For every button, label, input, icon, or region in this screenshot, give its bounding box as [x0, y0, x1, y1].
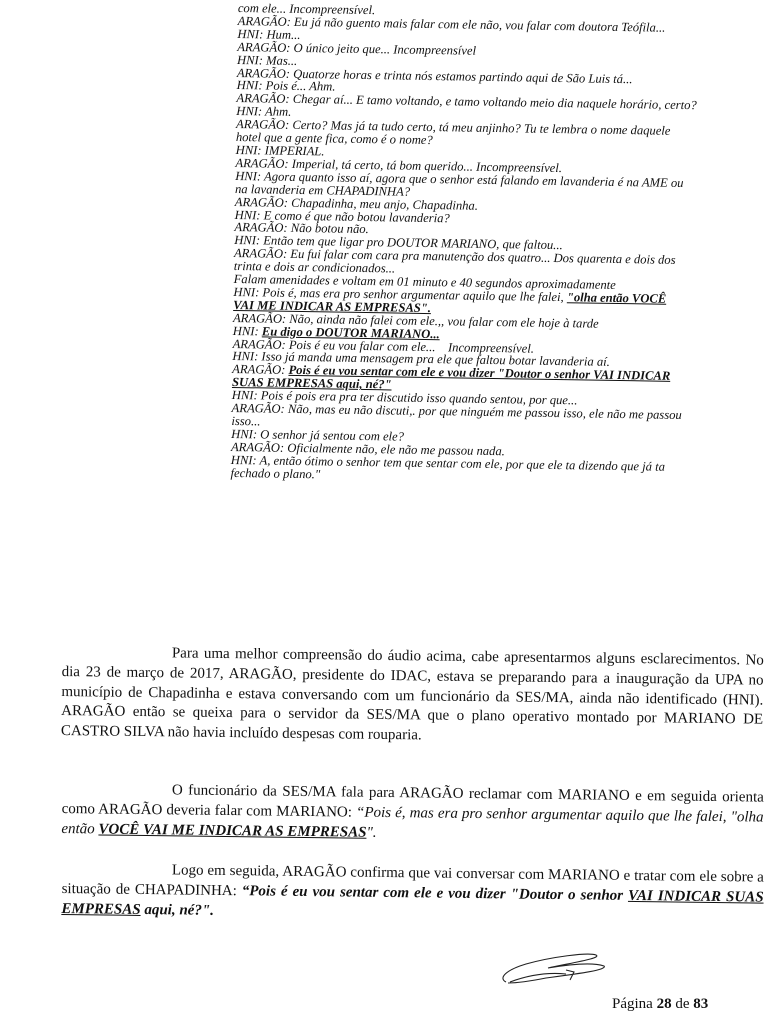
paragraph-confirmation: Logo em seguida, ARAGÃO confirma que vai… [61, 860, 764, 928]
paragraph-quote-end: ". [366, 824, 376, 840]
page-label: Página [612, 996, 657, 1012]
current-page: 28 [657, 996, 672, 1012]
total-pages: 83 [693, 996, 708, 1012]
line-text: HNI: [233, 324, 262, 338]
paragraph-quote: “Pois é eu vou sentar com ele e vou dize… [242, 883, 628, 904]
page-number: Página 28 de 83 [612, 996, 708, 1013]
paragraph-context: Para uma melhor compreensão do áudio aci… [61, 643, 764, 751]
signature-icon [496, 948, 616, 988]
highlighted-quote: "olha então VOCÊ [567, 290, 667, 306]
paragraph-text: Logo em seguida, ARAGÃO confirma que vai… [61, 860, 764, 928]
paragraph-text: Para uma melhor compreensão do áudio aci… [61, 643, 764, 751]
paragraph-text: O funcionário da SES/MA fala para ARAGÃO… [61, 780, 764, 848]
paragraph-quote-end: aqui, né?". [141, 902, 215, 919]
paragraph-orientation: O funcionário da SES/MA fala para ARAGÃO… [61, 780, 764, 848]
transcript-block: com ele... Incompreensível. ARAGÃO: Eu j… [230, 2, 767, 488]
highlighted-quote: VOCÊ VAI ME INDICAR AS EMPRESAS [98, 821, 366, 840]
page-of-label: de [672, 996, 694, 1012]
